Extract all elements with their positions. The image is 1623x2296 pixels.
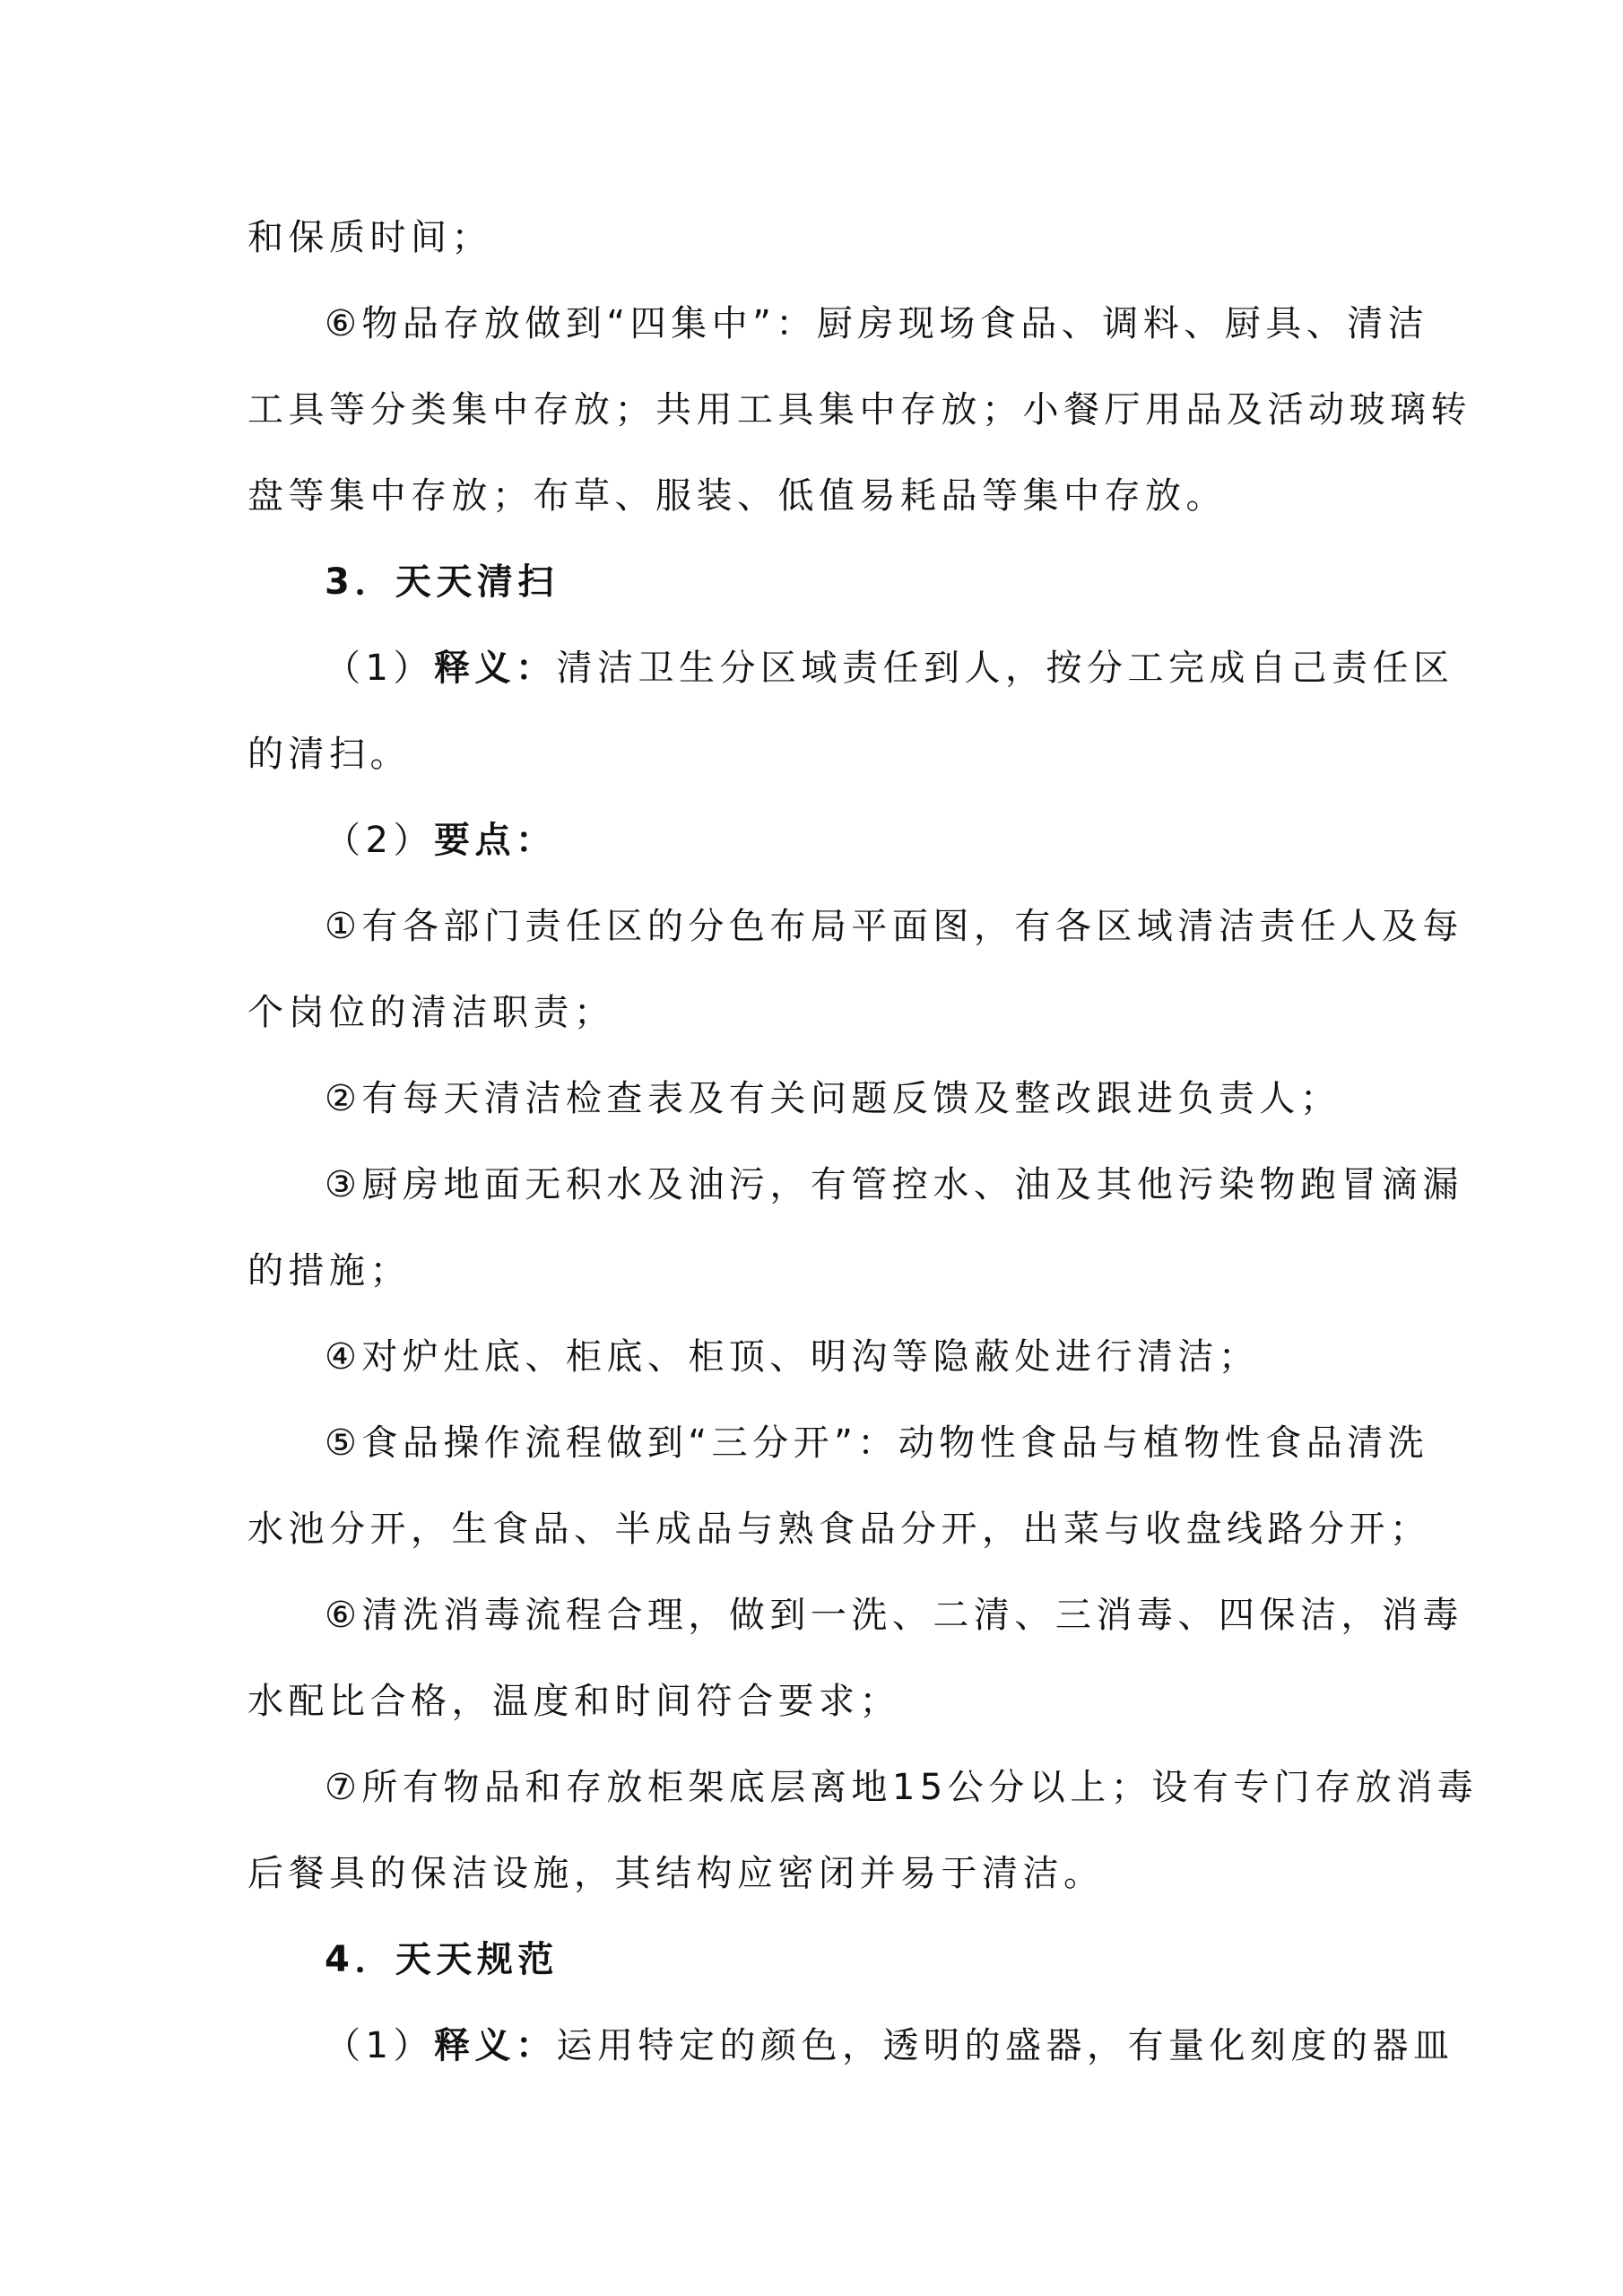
- definition-line: （1）释义：清洁卫生分区域责任到人，按分工完成自己责任区: [325, 647, 1463, 690]
- definition-text: 清洁卫生分区域责任到人，按分工完成自己责任区: [556, 648, 1454, 689]
- paragraph-line: 水配比合格，温度和时间符合要求；: [247, 1680, 1386, 1723]
- definition-label: 释义：: [434, 2025, 557, 2066]
- definition-label: 释义：: [434, 648, 557, 689]
- key-points-label: 要点：: [434, 820, 557, 861]
- paragraph-line: 水池分开，生食品、半成品与熟食品分开，出菜与收盘线路分开；: [247, 1508, 1386, 1551]
- document-page: 和保质时间； ⑥物品存放做到“四集中”：厨房现场食品、调料、厨具、清洁 工具等分…: [0, 0, 1623, 2296]
- item-number: （1）: [325, 648, 434, 689]
- list-item-6-storage: ⑥物品存放做到“四集中”：厨房现场食品、调料、厨具、清洁: [325, 302, 1463, 345]
- paragraph-line: 后餐具的保洁设施，其结构应密闭并易于清洁。: [247, 1852, 1386, 1895]
- item-number: （1）: [325, 2025, 434, 2066]
- paragraph-line: 工具等分类集中存放；共用工具集中存放；小餐厅用品及活动玻璃转: [247, 388, 1386, 431]
- list-item-3: ③厨房地面无积水及油污，有管控水、油及其他污染物跑冒滴漏: [325, 1163, 1463, 1206]
- paragraph-line: 个岗位的清洁职责；: [247, 991, 1386, 1034]
- section-heading-3: 3．天天清扫: [325, 561, 1463, 604]
- item-number: （2）: [325, 820, 434, 861]
- paragraph-line: 和保质时间；: [247, 216, 1386, 259]
- key-points-line: （2）要点：: [325, 819, 1463, 862]
- list-item-2: ②有每天清洁检查表及有关问题反馈及整改跟进负责人；: [325, 1077, 1463, 1120]
- definition-text: 运用特定的颜色，透明的盛器，有量化刻度的器皿: [556, 2025, 1454, 2066]
- paragraph-line: 盘等集中存放；布草、服装、低值易耗品等集中存放。: [247, 474, 1386, 517]
- definition-line: （1）释义：运用特定的颜色，透明的盛器，有量化刻度的器皿: [325, 2024, 1463, 2067]
- list-item-4: ④对炉灶底、柜底、柜顶、明沟等隐蔽处进行清洁；: [325, 1335, 1463, 1378]
- paragraph-line: 的措施；: [247, 1249, 1386, 1292]
- list-item-5: ⑤食品操作流程做到“三分开”：动物性食品与植物性食品清洗: [325, 1422, 1463, 1465]
- list-item-7: ⑦所有物品和存放柜架底层离地15公分以上；设有专门存放消毒: [325, 1766, 1463, 1809]
- list-item-1: ①有各部门责任区的分色布局平面图，有各区域清洁责任人及每: [325, 905, 1463, 948]
- paragraph-line: 的清扫。: [247, 733, 1386, 776]
- list-item-6: ⑥清洗消毒流程合理，做到一洗、二清、三消毒、四保洁，消毒: [325, 1594, 1463, 1637]
- section-heading-4: 4．天天规范: [325, 1938, 1463, 1981]
